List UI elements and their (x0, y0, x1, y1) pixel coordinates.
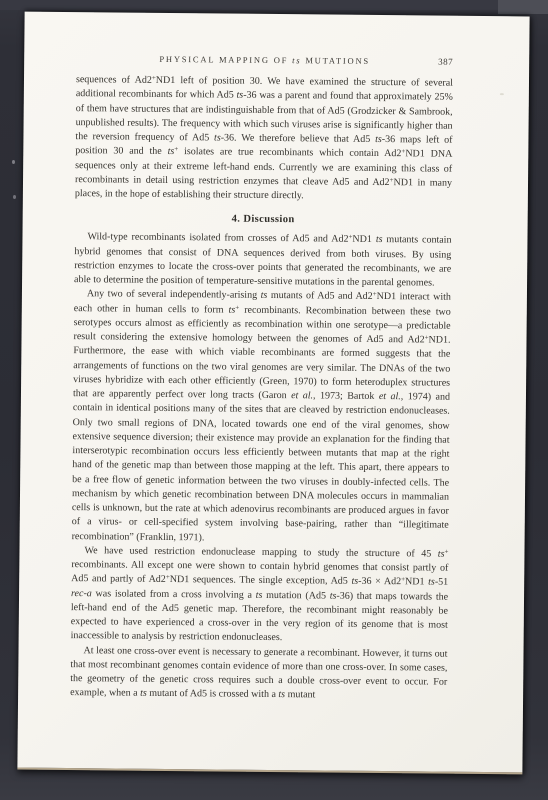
discussion-heading: 4. Discussion (75, 212, 452, 227)
scanned-page: PHYSICAL MAPPING OF ts MUTATIONS 387 seq… (17, 12, 529, 775)
backdrop-top-band (0, 0, 500, 10)
scan-speck (13, 195, 16, 199)
body-paragraph-continuation: sequences of Ad2+ND1 left of position 30… (75, 73, 453, 205)
text-column: PHYSICAL MAPPING OF ts MUTATIONS 387 seq… (70, 53, 453, 704)
page-header: PHYSICAL MAPPING OF ts MUTATIONS 387 (76, 53, 453, 73)
page-number: 387 (438, 57, 453, 67)
scan-speck (500, 93, 504, 95)
body-paragraph: Wild-type recombinants isolated from cro… (74, 230, 452, 291)
scan-speck (12, 160, 15, 164)
backdrop-top-right-edge (498, 0, 548, 14)
running-title: PHYSICAL MAPPING OF ts MUTATIONS (76, 53, 453, 67)
body-paragraph: Any two of several independently-arising… (72, 287, 451, 547)
body-paragraph: At least one cross-over event is necessa… (70, 644, 448, 705)
scanned-document-scene: PHYSICAL MAPPING OF ts MUTATIONS 387 seq… (0, 0, 548, 800)
body-paragraph: We have used restriction endonuclease ma… (71, 544, 449, 647)
